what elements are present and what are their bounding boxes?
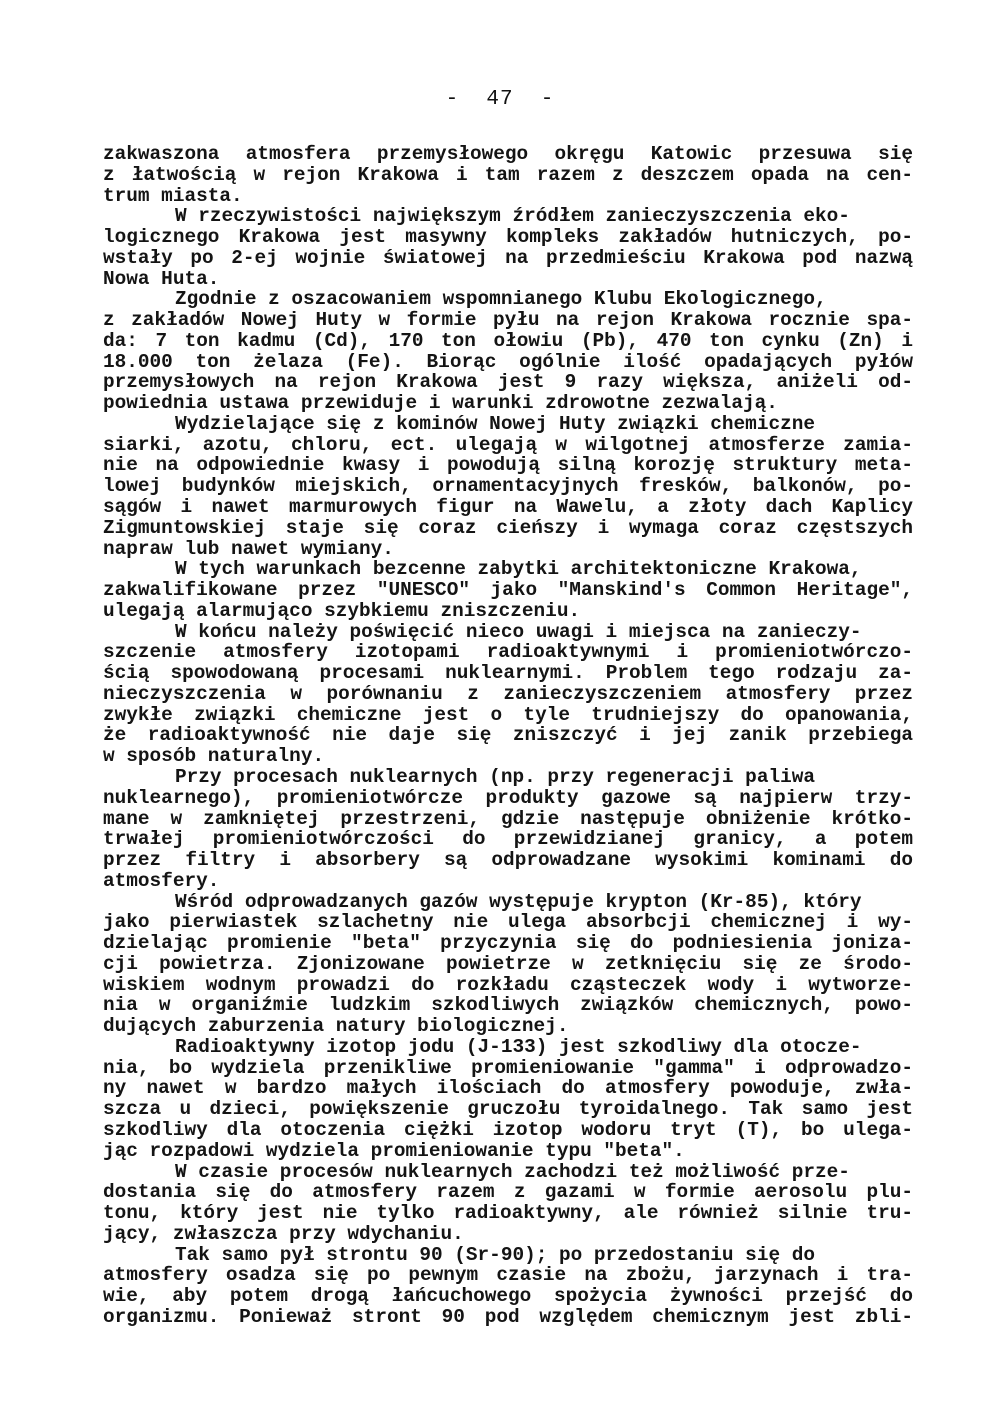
text-line: atmosfery osadza się po pewnym czasie na… <box>103 1265 913 1286</box>
text-line: wie, aby potem drogą łańcuchowego spożyc… <box>103 1286 913 1307</box>
text-line: atmosfery. <box>103 871 913 892</box>
text-line: Przy procesach nuklearnych (np. przy reg… <box>103 767 913 788</box>
text-line: nia w organiźmie ludzkim szkodliwych zwi… <box>103 995 913 1016</box>
text-line: organizmu. Ponieważ stront 90 pod względ… <box>103 1307 913 1328</box>
body-text: zakwaszona atmosfera przemysłowego okręg… <box>103 144 913 1328</box>
paragraph: zakwaszona atmosfera przemysłowego okręg… <box>103 144 913 206</box>
text-line: wstały po 2-ej wojnie światowej na przed… <box>103 248 913 269</box>
text-line: przemysłowych na rejon Krakowa jest 9 ra… <box>103 372 913 393</box>
text-line: jąc rozpadowi wydziela promieniowanie ty… <box>103 1141 913 1162</box>
text-line: w sposób naturalny. <box>103 746 913 767</box>
text-line: Zgodnie z oszacowaniem wspomnianego Klub… <box>103 289 913 310</box>
document-page: - 47 - zakwaszona atmosfera przemysłoweg… <box>0 0 1000 1420</box>
text-line: lowej budynków miejskich, ornamentacyjny… <box>103 476 913 497</box>
text-line: ny nawet w bardzo małych ilościach do at… <box>103 1078 913 1099</box>
text-line: Radioaktywny izotop jodu (J-133) jest sz… <box>103 1037 913 1058</box>
text-line: szkodliwy dla otoczenia ciężki izotop wo… <box>103 1120 913 1141</box>
paragraph: Wśród odprowadzanych gazów występuje kry… <box>103 892 913 1037</box>
paragraph: Wydzielające się z kominów Nowej Huty zw… <box>103 414 913 559</box>
text-line: jako pierwiastek szlachetny nie ulega ab… <box>103 912 913 933</box>
text-line: wiskiem wodnym prowadzi do rozkładu cząs… <box>103 975 913 996</box>
text-line: powiednia ustawa przewiduje i warunki zd… <box>103 393 913 414</box>
text-line: zakwaszona atmosfera przemysłowego okręg… <box>103 144 913 165</box>
text-line: szczenie atmosfery izotopami radioaktywn… <box>103 642 913 663</box>
text-line: Wśród odprowadzanych gazów występuje kry… <box>103 892 913 913</box>
text-line: ścią spowodowaną procesami nuklearnymi. … <box>103 663 913 684</box>
text-line: przez filtry i absorbery są odprowadzane… <box>103 850 913 871</box>
text-line: nieczyszczenia w porównaniu z zanieczysz… <box>103 684 913 705</box>
text-line: tonu, który jest nie tylko radioaktywny,… <box>103 1203 913 1224</box>
text-line: nia, bo wydziela przenikliwe promieniowa… <box>103 1058 913 1079</box>
text-line: W tych warunkach bezcenne zabytki archit… <box>103 559 913 580</box>
text-line: nie na odpowiednie kwasy i powodują siln… <box>103 455 913 476</box>
page-number: - 47 - <box>0 88 1000 111</box>
text-line: sągów i nawet marmurowych figur na Wawel… <box>103 497 913 518</box>
text-line: da: 7 ton kadmu (Cd), 170 ton ołowiu (Pb… <box>103 331 913 352</box>
text-line: 18.000 ton żelaza (Fe). Biorąc ogólnie i… <box>103 352 913 373</box>
text-line: cji powietrza. Zjonizowane powietrze w z… <box>103 954 913 975</box>
paragraph: W tych warunkach bezcenne zabytki archit… <box>103 559 913 621</box>
text-line: dzielając promienie "beta" przyczynia si… <box>103 933 913 954</box>
text-line: W rzeczywistości największym źródłem zan… <box>103 206 913 227</box>
text-line: Tak samo pył strontu 90 (Sr-90); po prze… <box>103 1245 913 1266</box>
text-line: z zakładów Nowej Huty w formie pyłu na r… <box>103 310 913 331</box>
text-line: dostania się do atmosfery razem z gazami… <box>103 1182 913 1203</box>
text-line: W czasie procesów nuklearnych zachodzi t… <box>103 1162 913 1183</box>
text-line: trum miasta. <box>103 186 913 207</box>
text-line: logicznego Krakowa jest masywny kompleks… <box>103 227 913 248</box>
text-line: Zigmuntowskiej staje się coraz cieńszy i… <box>103 518 913 539</box>
text-line: Wydzielające się z kominów Nowej Huty zw… <box>103 414 913 435</box>
text-line: zwykłe związki chemiczne jest o tyle tru… <box>103 705 913 726</box>
text-line: nuklearnego), promieniotwórcze produkty … <box>103 788 913 809</box>
text-line: Nowa Huta. <box>103 269 913 290</box>
text-line: W końcu należy poświęcić nieco uwagi i m… <box>103 622 913 643</box>
text-line: z łatwością w rejon Krakowa i tam razem … <box>103 165 913 186</box>
text-line: mane w zamkniętej przestrzeni, gdzie nas… <box>103 809 913 830</box>
text-line: szcza u dzieci, powiększenie gruczołu ty… <box>103 1099 913 1120</box>
text-line: jący, zwłaszcza przy wdychaniu. <box>103 1224 913 1245</box>
paragraph: Radioaktywny izotop jodu (J-133) jest sz… <box>103 1037 913 1162</box>
paragraph: Zgodnie z oszacowaniem wspomnianego Klub… <box>103 289 913 414</box>
text-line: zakwalifikowane przez "UNESCO" jako "Man… <box>103 580 913 601</box>
paragraph: Tak samo pył strontu 90 (Sr-90); po prze… <box>103 1245 913 1328</box>
paragraph: W rzeczywistości największym źródłem zan… <box>103 206 913 289</box>
paragraph: Przy procesach nuklearnych (np. przy reg… <box>103 767 913 892</box>
text-line: dujących zaburzenia natury biologicznej. <box>103 1016 913 1037</box>
paragraph: W czasie procesów nuklearnych zachodzi t… <box>103 1162 913 1245</box>
text-line: ulegają alarmująco szybkiemu zniszczeniu… <box>103 601 913 622</box>
text-line: napraw lub nawet wymiany. <box>103 539 913 560</box>
text-line: trwałej promieniotwórczości do przewidzi… <box>103 829 913 850</box>
paragraph: W końcu należy poświęcić nieco uwagi i m… <box>103 622 913 767</box>
text-line: siarki, azotu, chloru, ect. ulegają w wi… <box>103 435 913 456</box>
text-line: że radioaktywność nie daje się zniszczyć… <box>103 725 913 746</box>
